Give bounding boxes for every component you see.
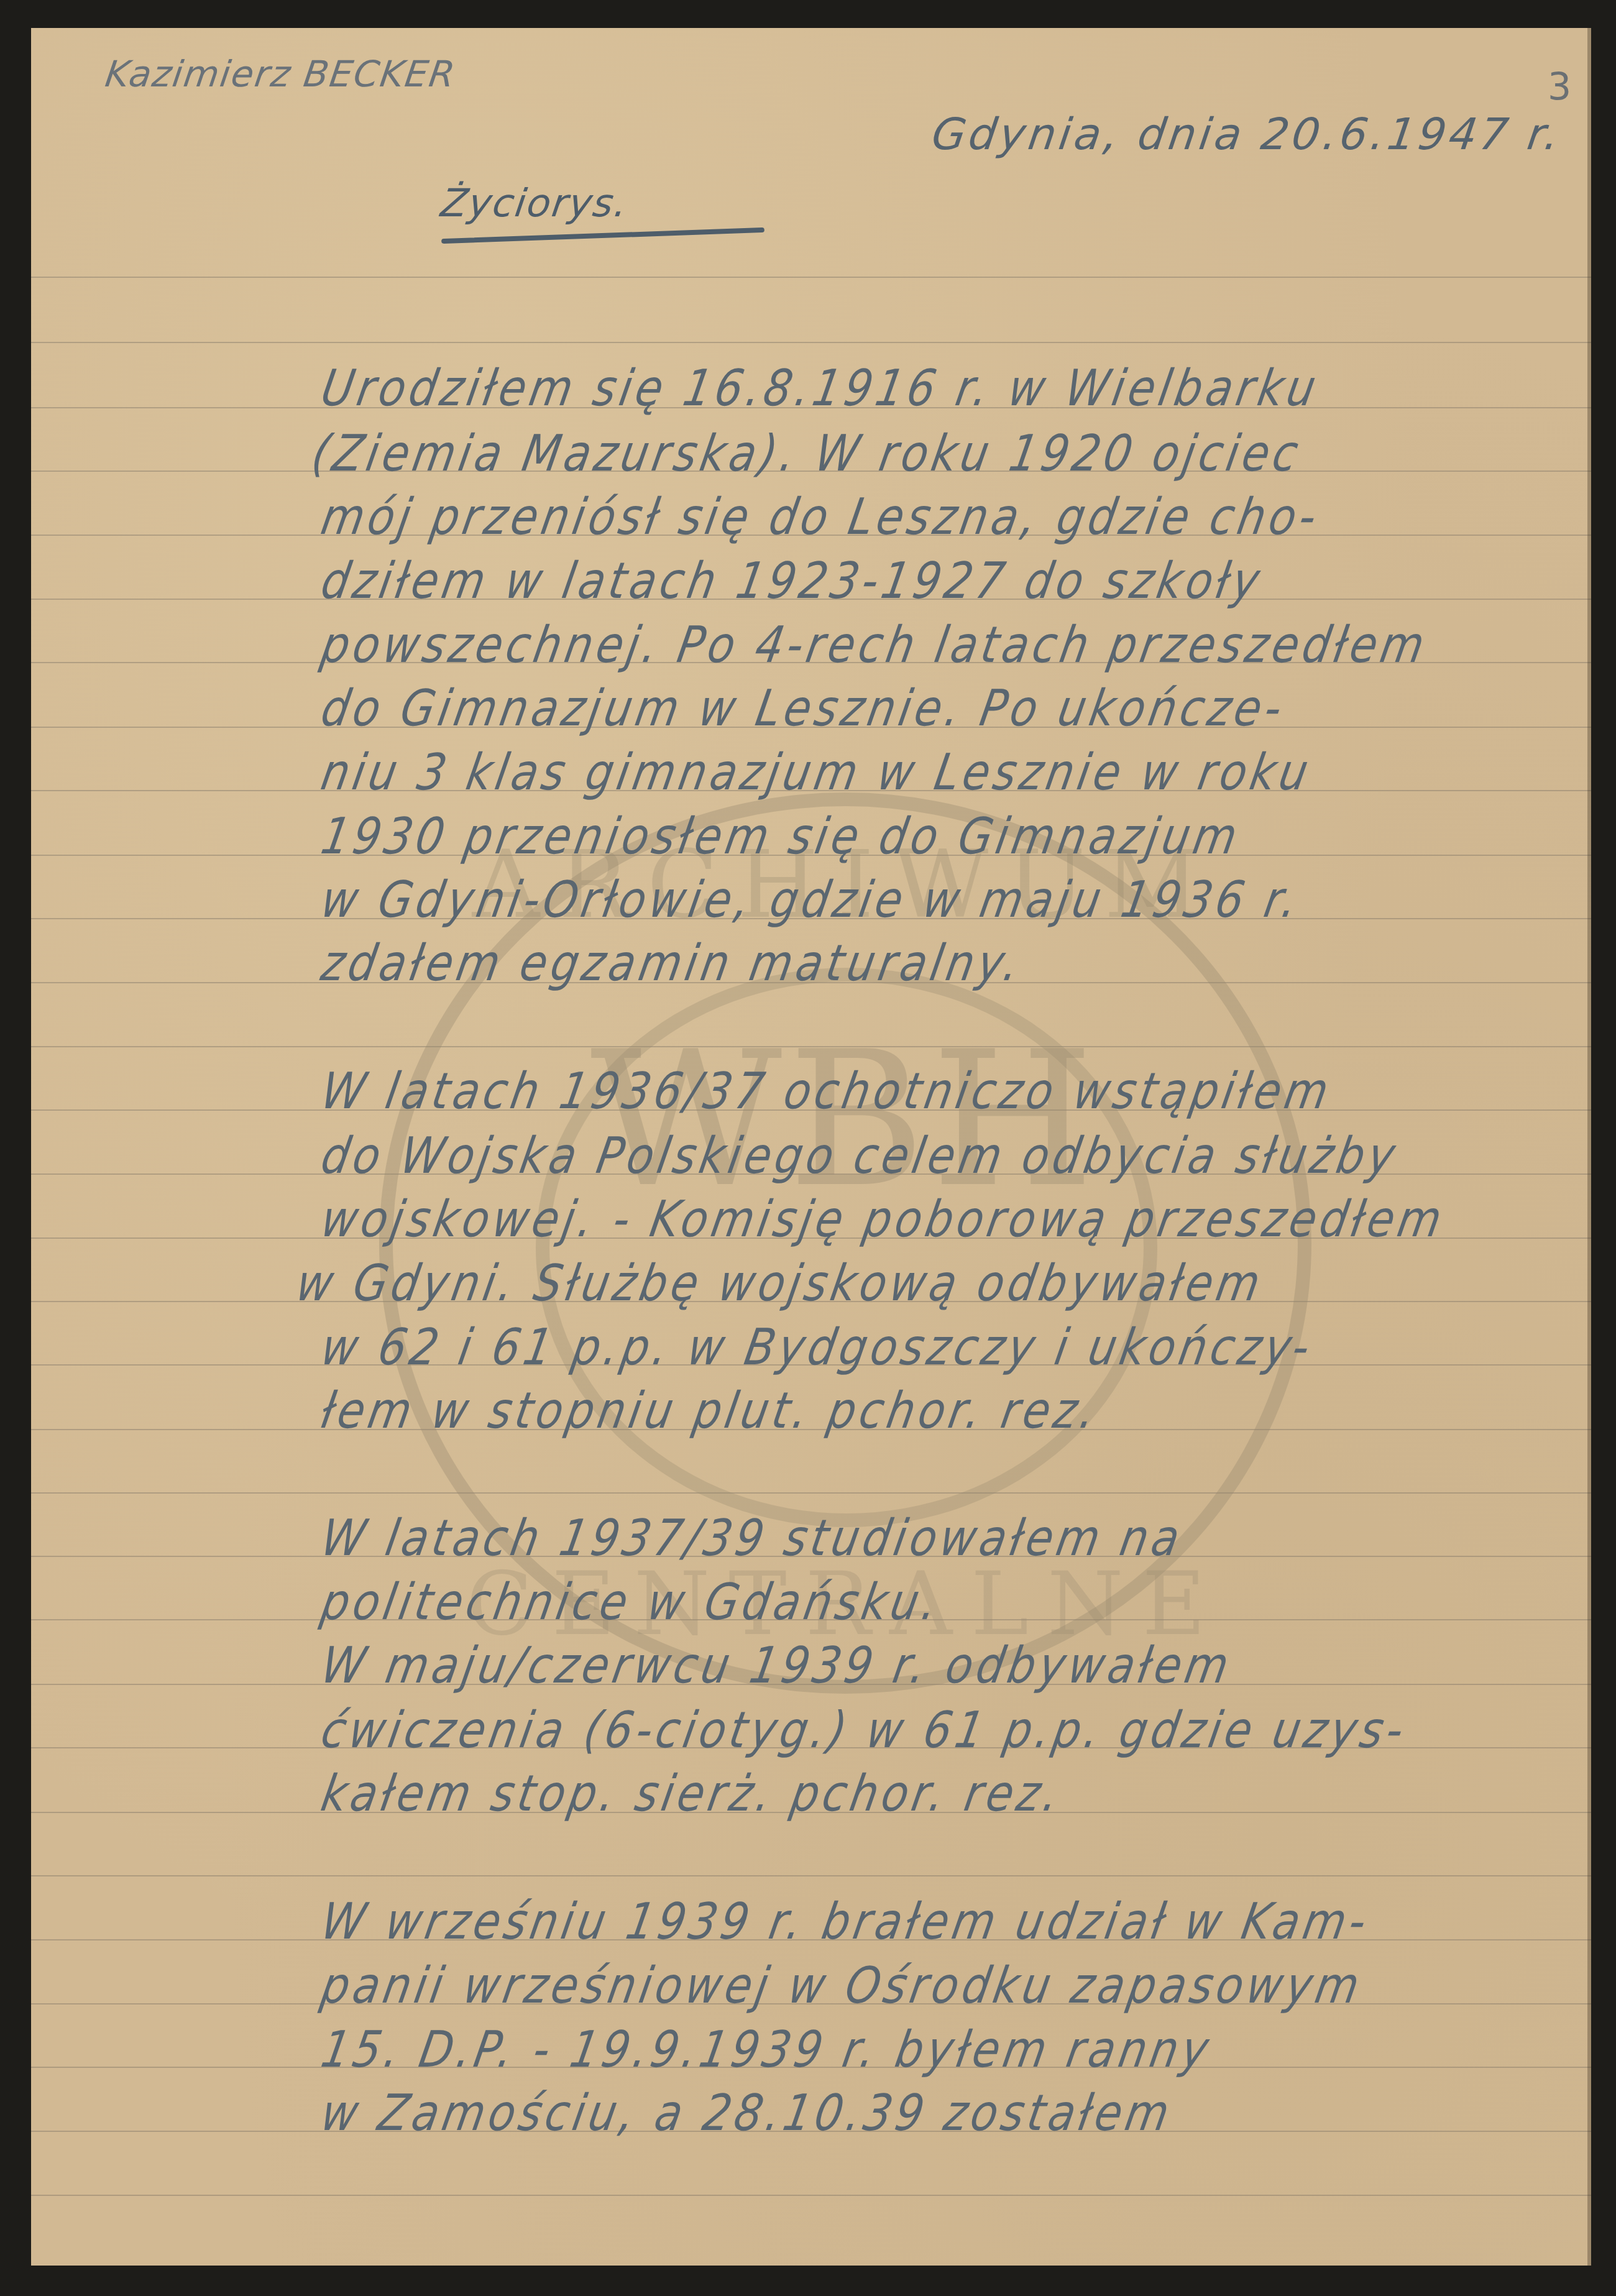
place-date: Gdynia, dnia 20.6.1947 r. — [929, 109, 1565, 160]
text-line: do Gimnazjum w Lesznie. Po ukończe- — [317, 679, 1290, 738]
author-name: Kazimierz BECKER — [103, 53, 459, 95]
text-line: W latach 1936/37 ochotniczo wstąpiłem — [317, 1062, 1336, 1121]
text-line: Urodziłem się 16.8.1916 r. w Wielbarku — [317, 359, 1324, 418]
ruled-line — [31, 2195, 1591, 2196]
text-line: w Gdyni. Służbę wojskową odbywałem — [292, 1254, 1268, 1313]
text-line: do Wojska Polskiego celem odbycia służby — [317, 1127, 1403, 1185]
text-line: dziłem w latach 1923-1927 do szkoły — [317, 552, 1268, 610]
ruled-line — [31, 342, 1591, 343]
text-line: w Gdyni-Orłowie, gdzie w maju 1936 r. — [317, 871, 1305, 929]
document-title: Życiorys. — [438, 180, 631, 226]
text-line: (Ziemia Mazurska). W roku 1920 ojciec — [308, 425, 1306, 483]
text-line: łem w stopniu plut. pchor. rez. — [317, 1382, 1103, 1440]
title-underline — [441, 227, 764, 244]
text-line: mój przeniósł się do Leszna, gdzie cho- — [317, 488, 1324, 546]
text-line: w Zamościu, a 28.10.39 zostałem — [317, 2084, 1177, 2142]
text-line: wojskowej. - Komisję poborową przeszedłe… — [317, 1190, 1449, 1249]
ruled-line — [31, 1875, 1591, 1876]
text-line: 15. D.P. - 19.9.1939 r. byłem ranny — [317, 2021, 1217, 2079]
text-line: W maju/czerwcu 1939 r. odbywałem — [317, 1637, 1237, 1695]
text-line: zdałem egzamin maturalny. — [317, 934, 1027, 993]
page-edge-shadow — [1587, 28, 1591, 2266]
text-line: 1930 przeniosłem się do Gimnazjum — [317, 807, 1245, 866]
document-page: ARCHIWUM WBH CENTRALNE Kazimierz BECKER … — [31, 28, 1591, 2266]
text-line: powszechnej. Po 4-rech latach przeszedłe… — [317, 616, 1433, 674]
text-line: kałem stop. sierż. pchor. rez. — [317, 1765, 1067, 1823]
page-number: 3 — [1548, 65, 1572, 109]
ruled-line — [31, 277, 1591, 278]
text-line: politechnice w Gdańsku. — [317, 1573, 945, 1632]
text-line: niu 3 klas gimnazjum w Lesznie w roku — [317, 743, 1316, 802]
text-line: ćwiczenia (6-ciotyg.) w 61 p.p. gdzie uz… — [317, 1701, 1412, 1760]
text-line: w 62 i 61 p.p. w Bydgoszczy i ukończy- — [317, 1318, 1318, 1377]
text-line: W latach 1937/39 studiowałem na — [317, 1509, 1188, 1568]
text-line: panii wrześniowej w Ośrodku zapasowym — [317, 1957, 1367, 2015]
text-line: W wrześniu 1939 r. brałem udział w Kam- — [317, 1893, 1374, 1951]
